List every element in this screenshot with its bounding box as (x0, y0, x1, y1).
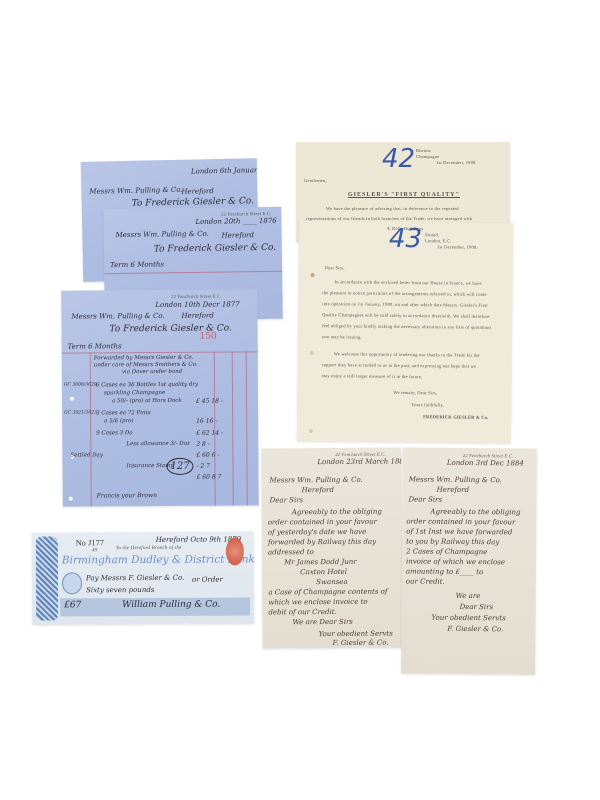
letter-signature: F. Giesler & Co. (333, 639, 389, 647)
cheque: No J177 49 To the Hereford Branch of the… (32, 531, 254, 624)
letter-body-line: order contained in your favour (268, 518, 377, 527)
invoice-terms: Term 6 Months (110, 260, 164, 269)
body-line: feel obliged by your kindly making the n… (322, 323, 492, 330)
letter-body-line: Agreeably to the obliging (430, 508, 520, 517)
letter-body-line: our Credit. (406, 577, 445, 585)
item-desc: a 5/6 (pro) (104, 418, 133, 424)
cheque-number: No J177 (76, 538, 104, 547)
branch-line: To the Hereford Branch of the (116, 546, 182, 551)
letter-address: 22 Fenchurch Street E.C. (335, 452, 385, 457)
cheque-amount: £67 (64, 600, 81, 610)
body-line: support they have accorded to us in the … (322, 362, 477, 369)
item-desc: 6 Cases ea 36 Bottles 1st quality dry (96, 382, 198, 389)
item-desc: 3 Cases ea 72 Pints (96, 410, 150, 416)
item-amount: 2 8 - (196, 441, 210, 448)
header-line: 4, Rolls Buildings (387, 226, 423, 231)
letter-body-line: addressed to (268, 548, 314, 556)
letter-body (403, 447, 537, 448)
letter-date: London 3rd Dec 1884 (447, 459, 524, 468)
header-line: Champagne (416, 154, 439, 159)
bank-crest-icon (62, 572, 82, 594)
letter-salutation: Dear Sirs (270, 496, 304, 504)
circular-number: 42 (382, 144, 415, 174)
letter-body-line: We are Dear Sirs (292, 618, 352, 626)
letter-closing-line: F. Giesler & Co. (447, 625, 503, 633)
item-desc: Settled Day (70, 452, 103, 458)
letter-body-line: 2 Cases of Champagne (406, 547, 487, 556)
header-line: London, E.C. (425, 238, 452, 243)
item-ref: GC 3006/3020 (64, 382, 97, 387)
body-line: We have the pleasure of advising that, i… (326, 206, 459, 211)
letter-salutation: Dear Sirs (408, 495, 442, 503)
letter-town: Hereford (302, 486, 334, 494)
letter-addressee: Messrs Wm. Pulling & Co. (409, 475, 502, 484)
counterfoil-number: 49 (92, 548, 97, 553)
invoice-terms: Term 6 Months (68, 342, 122, 350)
item-amount: £ 45 18 - (196, 398, 223, 405)
item-amount: £ 60 6 - (196, 452, 219, 459)
body-line: Quality Champagnes will be sold solely i… (322, 312, 489, 319)
invoice-town: Hereford (222, 231, 254, 239)
item-amount: 16 16 - (196, 418, 217, 425)
letter-body-line: debit of our Credit. (268, 608, 336, 616)
item-desc: sparkling Champagne (104, 390, 165, 396)
invoice-date: London 10th Decr 1877 (155, 300, 239, 309)
letter-body-line: invoice of which we enclose (406, 557, 505, 566)
letter-body-line: Swansea (316, 578, 347, 586)
red-mark: 150 (200, 332, 217, 342)
letter-body-line: Agreeably to the obliging (292, 508, 382, 517)
or-order: or Order (192, 576, 223, 584)
item-ref: GC 3021/3023 (64, 410, 97, 415)
invoice-town: Hereford (181, 187, 214, 196)
header-line: Strand, (425, 232, 439, 237)
letter-town: Hereford (437, 486, 469, 494)
letter-addressee: Messrs Wm. Pulling & Co. (269, 476, 362, 485)
invoice-3: 22 Fenchurch Street E.C. London 10th Dec… (61, 289, 259, 506)
circular-title: GIESLER'S "FIRST QUALITY" (348, 192, 460, 198)
salutation: Dear Sirs, (325, 265, 345, 270)
letter-body-line: to you by Railway this day (406, 537, 499, 546)
item-amount: £ 62 14 - (196, 430, 223, 437)
letter-body-line: a Case of Champagne contents of (268, 588, 387, 597)
invoice-date: London 6th January 186_ (191, 166, 259, 176)
signature: FREDERICK GIESLER & Co. (423, 414, 488, 420)
closing-line: Yours faithfully, (411, 402, 444, 407)
invoice-footer: Francis your Brown (97, 492, 157, 499)
invoice-address: 22 Fenchurch Street E.C. (171, 294, 221, 299)
amount-words: Sixty seven pounds (86, 586, 154, 594)
body-line: We welcome this opportunity of tendering… (334, 351, 480, 358)
letter-body-line: forwarded by Railway this day (268, 538, 376, 547)
invoice-date: London 20th ____ 1876 (195, 217, 276, 226)
letter-body-line: amounting to £____ to (406, 567, 483, 576)
letter-body-line: of 1st Inst we have forwarded (406, 527, 512, 536)
forwarded-line: Forwarded by Messrs Giesler & Co. (94, 355, 194, 362)
body-line: into operation on 1st January, 1909, on … (322, 301, 488, 308)
letter-date: London 23rd March 1884 (317, 457, 402, 466)
letter-closing-line: Dear Sirs (460, 603, 494, 611)
invoice-addressee: Messrs Wm. Pulling & Co. (116, 230, 209, 239)
circular-43: 43 4, Rolls Buildings Strand, London, E.… (297, 221, 513, 443)
item-desc: a 50/- (pro) at Hors Dock (112, 398, 182, 404)
invoice-addressee: Messrs Wm. Pulling & Co. (71, 312, 164, 321)
body-line: you may be issuing. (322, 334, 362, 339)
letter-closing (403, 447, 537, 448)
cheque-ornament (36, 536, 58, 620)
item-amount: £ 60 8 7 (197, 474, 222, 481)
letter-left: 22 Fenchurch Street E.C. London 23rd Mar… (261, 448, 402, 649)
invoice-from: To Frederick Giesler & Co. (154, 243, 276, 255)
forwarded-line: via Dover under bond (122, 369, 183, 375)
letter-body-line: of yesterday's date we have (268, 528, 366, 537)
item-desc: Less allowance 3/- Doz (126, 441, 190, 447)
invoice-addressee: Messrs Wm. Pulling & Co. (89, 186, 182, 196)
letter-closing: Your obedient Servts (319, 630, 393, 639)
letter-body (261, 448, 401, 449)
letter-body-line: which we enclose invoice to (268, 598, 367, 607)
forwarded-line: under care of Messrs Smithers & Co. (94, 362, 198, 369)
letter-body-line: order contained in your favour (406, 517, 515, 526)
item-desc: Insurance Stamp (126, 463, 174, 469)
header-line: Rheims (416, 148, 431, 153)
body-line: may enjoy a still larger measure of it i… (322, 373, 423, 379)
letter-closing-line: Your obedient Servts (431, 614, 505, 623)
letter-body-line: Mr James Dodd Junr (284, 558, 357, 567)
invoice-items (61, 289, 257, 290)
cheque-payee: Pay Messrs F. Giesler & Co. (86, 574, 184, 583)
header-line: 1st December, 1908. (437, 244, 478, 249)
body-line: the pleasure to notice particulars of th… (322, 290, 486, 297)
letter-address: 22 Fenchurch Street E.C. (463, 453, 513, 458)
invoice-address: 22 Fenchurch Street E.C. (221, 211, 271, 217)
header-line: 1st December, 1908 (436, 160, 476, 165)
salutation: Gentlemen, (304, 178, 327, 183)
closing-line: We remain, Dear Sirs, (393, 390, 437, 395)
cheque-signature: William Pulling & Co. (122, 600, 220, 611)
item-desc: 9 Cases 3 Do (96, 430, 132, 436)
item-amount: - 2 7 (196, 463, 210, 470)
letter-body-line: Caxton Hotel (300, 568, 347, 576)
body-line: In accordance with the enclosed letter f… (334, 279, 481, 286)
invoice-town: Hereford (181, 312, 213, 320)
letter-right: 22 Fenchurch Street E.C. London 3rd Dec … (401, 447, 537, 674)
revenue-stamp-icon (226, 537, 244, 565)
letter-closing-line: We are (456, 592, 481, 600)
